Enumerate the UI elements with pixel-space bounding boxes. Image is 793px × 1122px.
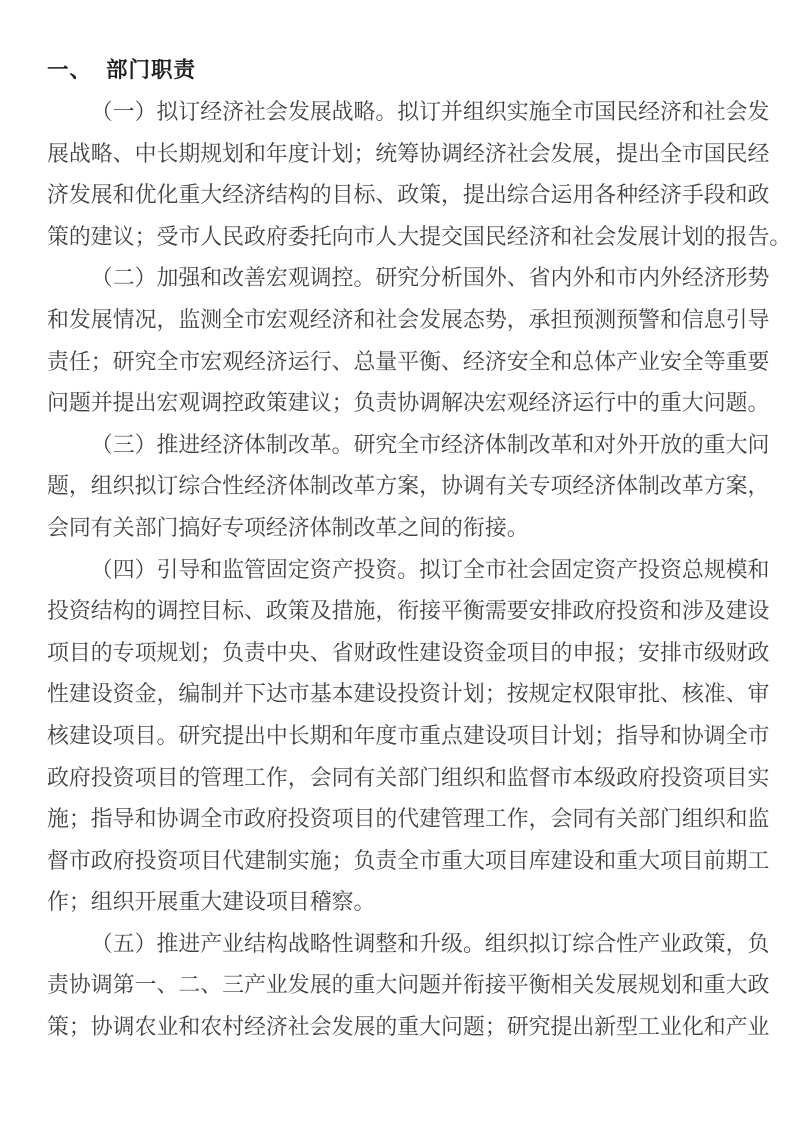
document-body: （一）拟订经济社会发展战略。拟订并组织实施全市国民经济和社会发展战略、中长期规划… bbox=[47, 91, 770, 1048]
paragraph-4-line-9: 作；组织开展重大建设项目稽察。 bbox=[47, 881, 770, 923]
paragraph-5-line-2: 责协调第一、二、三产业发展的重大问题并衔接平衡相关发展规划和重大政 bbox=[47, 964, 770, 1006]
section-title: 部门职责 bbox=[106, 49, 196, 91]
paragraph-1-line-3: 济发展和优化重大经济结构的目标、政策，提出综合运用各种经济手段和政 bbox=[47, 174, 770, 216]
paragraph-5-line-3: 策；协调农业和农村经济社会发展的重大问题；研究提出新型工业化和产业 bbox=[47, 1006, 770, 1048]
paragraph-4-line-8: 督市政府投资项目代建制实施；负责全市重大项目库建设和重大项目前期工 bbox=[47, 840, 770, 882]
paragraph-4-line-3: 项目的专项规划；负责中央、省财政性建设资金项目的申报；安排市级财政 bbox=[47, 632, 770, 674]
paragraph-3-line-1: （三）推进经济体制改革。研究全市经济体制改革和对外开放的重大问 bbox=[47, 424, 770, 466]
section-number: 一、 bbox=[47, 49, 92, 91]
section-heading: 一、 部门职责 bbox=[47, 49, 770, 91]
paragraph-2-line-3: 责任；研究全市宏观经济运行、总量平衡、经济安全和总体产业安全等重要 bbox=[47, 341, 770, 383]
paragraph-2-line-1: （二）加强和改善宏观调控。研究分析国外、省内外和市内外经济形势 bbox=[47, 257, 770, 299]
paragraph-3-line-3: 会同有关部门搞好专项经济体制改革之间的衔接。 bbox=[47, 507, 770, 549]
paragraph-1-line-2: 展战略、中长期规划和年度计划；统筹协调经济社会发展，提出全市国民经 bbox=[47, 133, 770, 175]
paragraph-4-line-4: 性建设资金，编制并下达市基本建设投资计划；按规定权限审批、核准、审 bbox=[47, 673, 770, 715]
paragraph-1-line-4: 策的建议；受市人民政府委托向市人大提交国民经济和社会发展计划的报告。 bbox=[47, 216, 770, 258]
paragraph-4-line-5: 核建设项目。研究提出中长期和年度市重点建设项目计划；指导和协调全市 bbox=[47, 715, 770, 757]
paragraph-4-line-1: （四）引导和监管固定资产投资。拟订全市社会固定资产投资总规模和 bbox=[47, 549, 770, 591]
paragraph-4-line-7: 施；指导和协调全市政府投资项目的代建管理工作，会同有关部门组织和监 bbox=[47, 798, 770, 840]
paragraph-2-line-4: 问题并提出宏观调控政策建议；负责协调解决宏观经济运行中的重大问题。 bbox=[47, 382, 770, 424]
paragraph-3-line-2: 题，组织拟订综合性经济体制改革方案，协调有关专项经济体制改革方案， bbox=[47, 465, 770, 507]
paragraph-5-line-1: （五）推进产业结构战略性调整和升级。组织拟订综合性产业政策，负 bbox=[47, 923, 770, 965]
document-page: 一、 部门职责 （一）拟订经济社会发展战略。拟订并组织实施全市国民经济和社会发展… bbox=[0, 0, 793, 1122]
paragraph-4-line-2: 投资结构的调控目标、政策及措施，衔接平衡需要安排政府投资和涉及建设 bbox=[47, 590, 770, 632]
paragraph-1-line-1: （一）拟订经济社会发展战略。拟订并组织实施全市国民经济和社会发 bbox=[47, 91, 770, 133]
paragraph-4-line-6: 政府投资项目的管理工作，会同有关部门组织和监督市本级政府投资项目实 bbox=[47, 757, 770, 799]
paragraph-2-line-2: 和发展情况，监测全市宏观经济和社会发展态势，承担预测预警和信息引导 bbox=[47, 299, 770, 341]
